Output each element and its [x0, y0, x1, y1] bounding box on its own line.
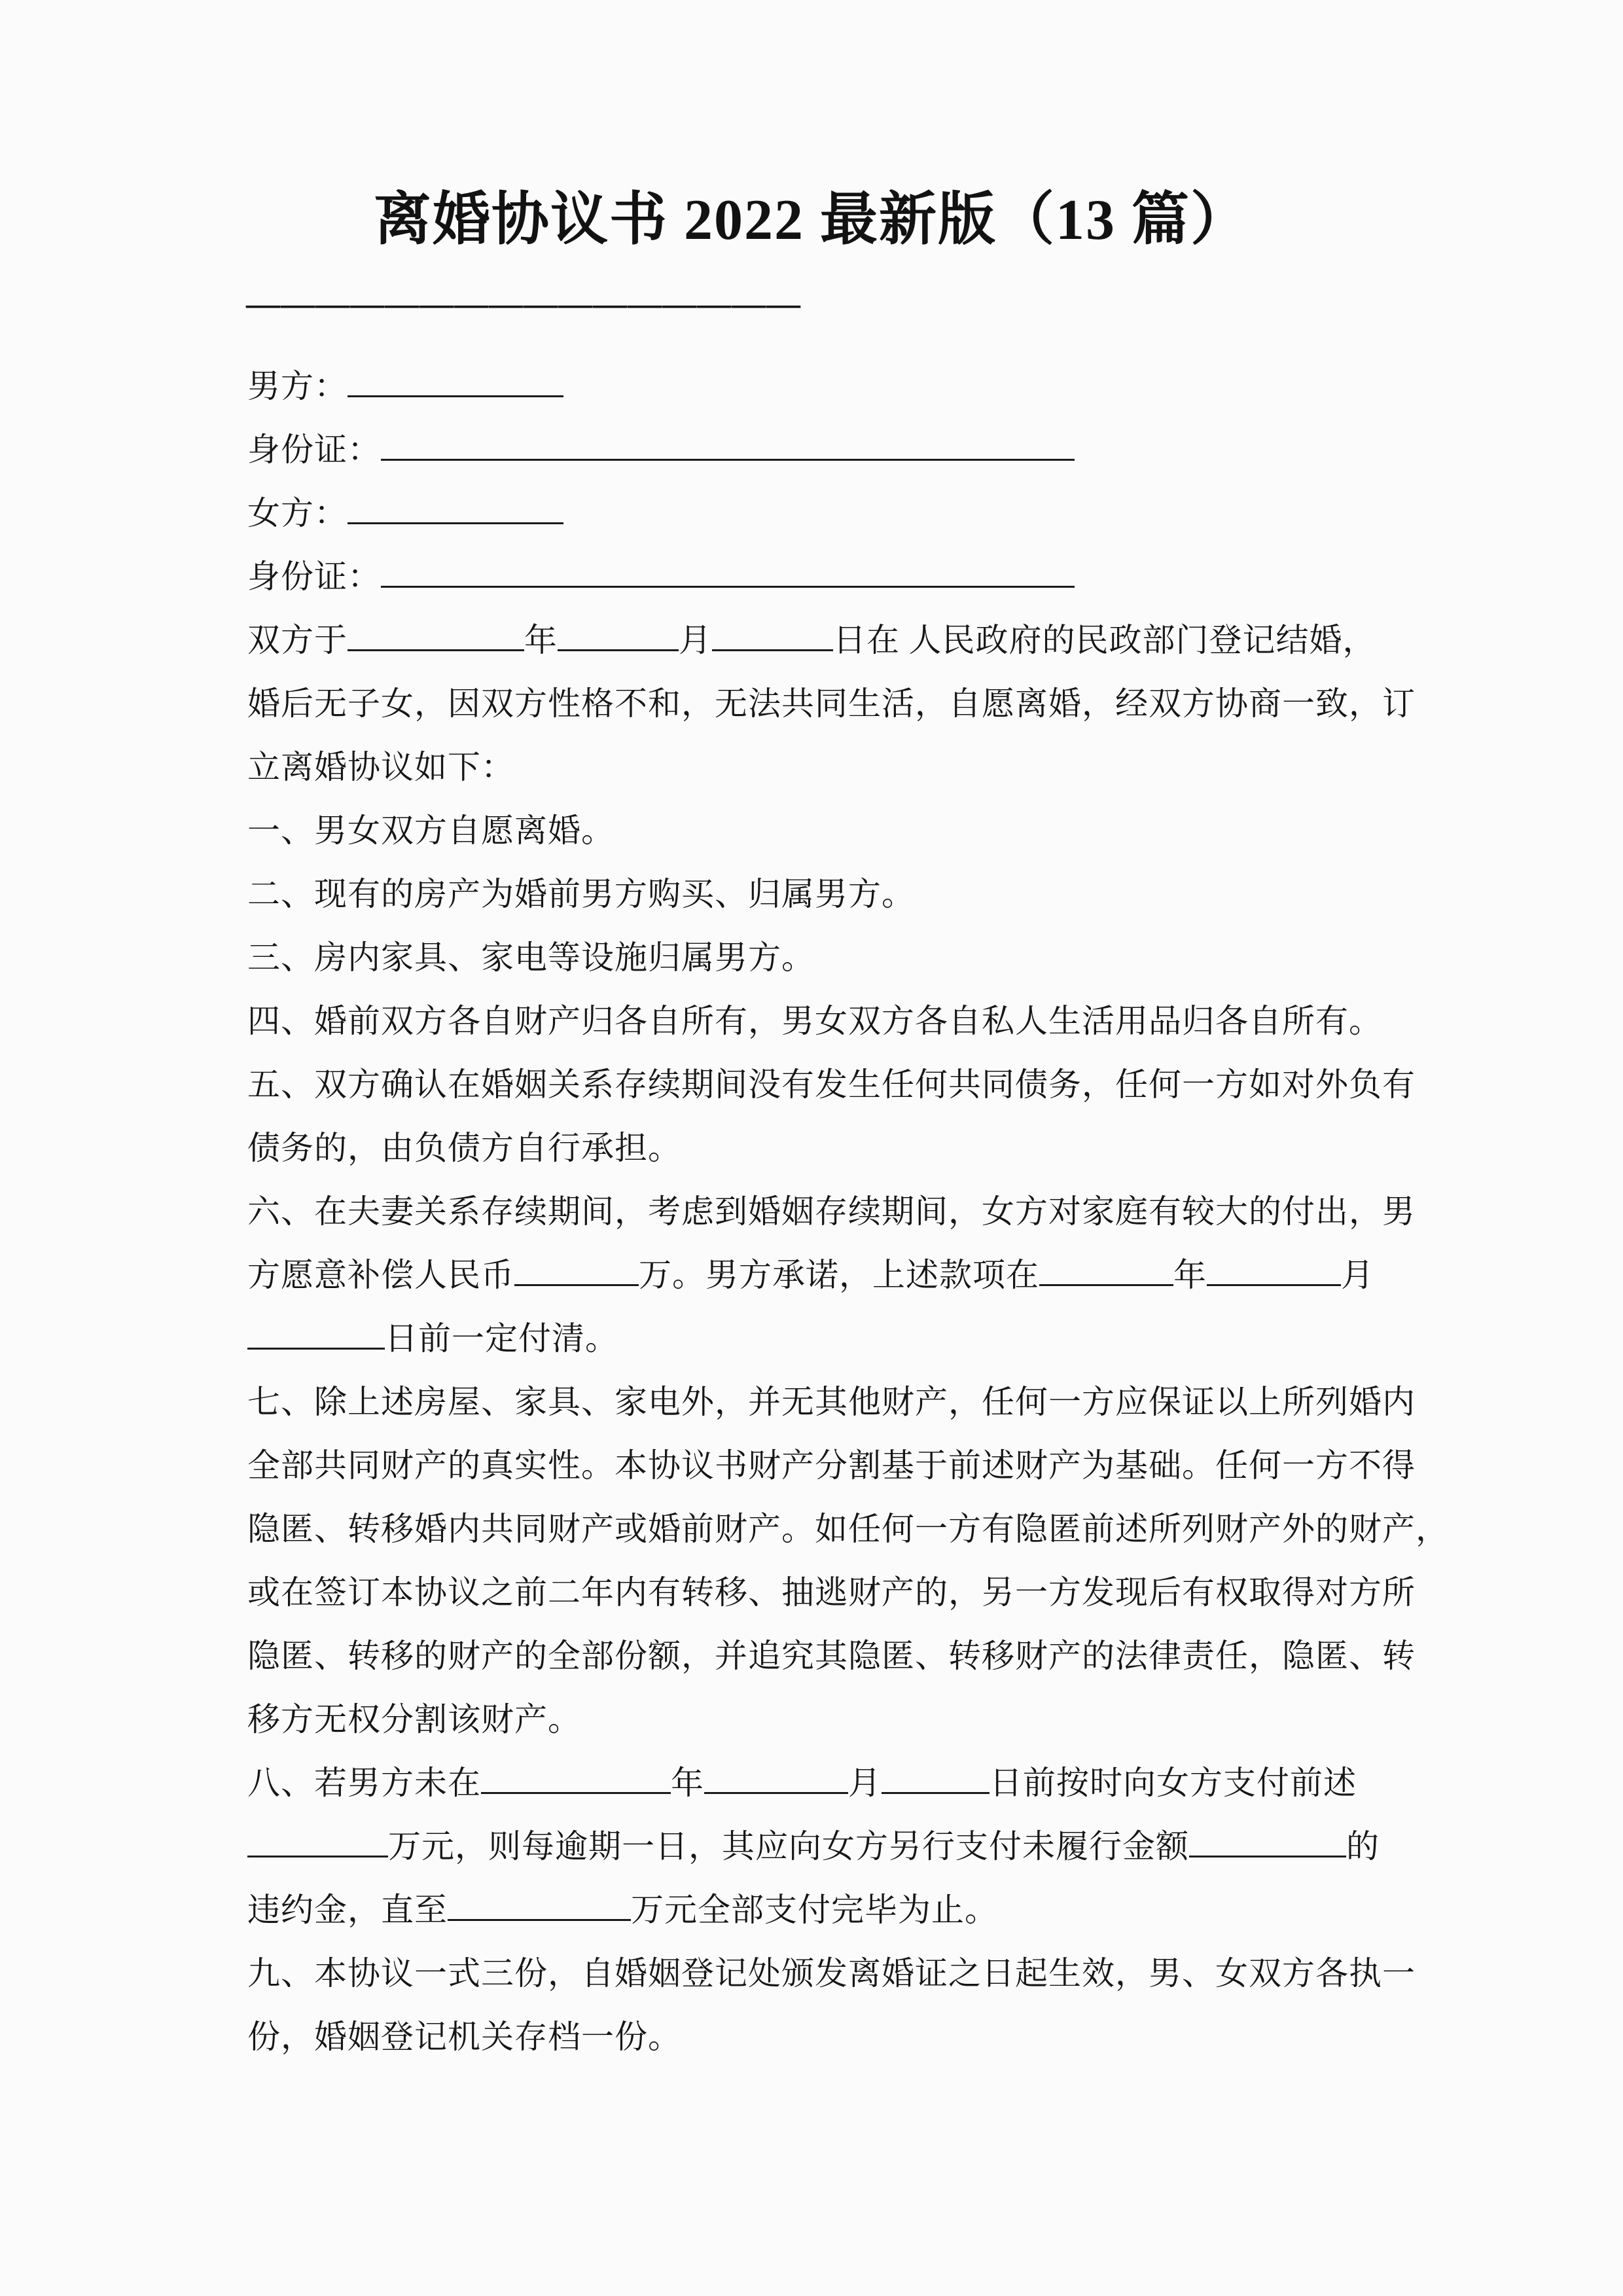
text-line: 女方：: [247, 482, 1407, 545]
text-line: 二、现有的房产为婚前男方购买、归属男方。: [247, 863, 1407, 926]
document-body: 男方：身份证：女方：身份证：双方于年月日在 人民政府的民政部门登记结婚，婚后无子…: [247, 355, 1407, 2069]
text-line: 九、本协议一式三份，自婚姻登记处颁发离婚证之日起生效，男、女双方各执一: [247, 1942, 1407, 2005]
text-run: 隐匿、转移的财产的全部份额，并追究其隐匿、转移财产的法律责任，隐匿、转: [247, 1638, 1416, 1674]
text-run: 违约金，直至: [247, 1892, 448, 1928]
text-run: 月: [848, 1765, 882, 1801]
blank-field: [247, 1823, 388, 1857]
blank-field: [712, 617, 833, 651]
text-line: 身份证：: [247, 418, 1407, 482]
text-run: 四、婚前双方各自财产归各自所有，男女双方各自私人生活用品归各自所有。: [247, 1003, 1382, 1039]
text-line: 三、房内家具、家电等设施归属男方。: [247, 926, 1407, 990]
blank-field: [448, 1886, 631, 1921]
text-run: 月: [1341, 1257, 1374, 1293]
text-line: 四、婚前双方各自财产归各自所有，男女双方各自私人生活用品归各自所有。: [247, 990, 1407, 1053]
blank-field: [514, 1251, 639, 1286]
blank-field: [348, 363, 563, 397]
text-run: 一、男女双方自愿离婚。: [247, 812, 615, 849]
text-line: 日前一定付清。: [247, 1307, 1407, 1371]
text-run: 万。男方承诺，上述款项在: [639, 1257, 1039, 1293]
text-run: 婚后无子女，因双方性格不和，无法共同生活，自愿离婚，经双方协商一致，订: [247, 685, 1416, 722]
blank-field: [381, 553, 1075, 588]
blank-field: [247, 1315, 385, 1350]
blank-field: [1207, 1251, 1341, 1286]
text-line: 移方无权分割该财产。: [247, 1688, 1407, 1751]
text-run: 双方于: [247, 622, 348, 658]
blank-field: [381, 426, 1075, 461]
text-line: 五、双方确认在婚姻关系存续期间没有发生任何共同债务，任何一方如对外负有: [247, 1053, 1407, 1117]
text-line: 债务的，由负债方自行承担。: [247, 1117, 1407, 1180]
title-divider-dashes: ————————————————: [246, 284, 1623, 325]
text-run: 隐匿、转移婚内共同财产或婚前财产。如任何一方有隐匿前述所列财产外的财产，: [247, 1511, 1449, 1547]
text-run: 七、除上述房屋、家具、家电外，并无其他财产，任何一方应保证以上所列婚内: [247, 1384, 1416, 1420]
text-run: 的: [1346, 1828, 1380, 1865]
text-run: 或在签订本协议之前二年内有转移、抽逃财产的，另一方发现后有权取得对方所: [247, 1574, 1416, 1611]
text-line: 全部共同财产的真实性。本协议书财产分割基于前述财产为基础。任何一方不得: [247, 1434, 1407, 1498]
text-run: 身份证：: [247, 558, 381, 595]
text-line: 一、男女双方自愿离婚。: [247, 799, 1407, 863]
text-line: 身份证：: [247, 545, 1407, 609]
blank-field: [348, 617, 524, 651]
blank-field: [882, 1759, 990, 1794]
text-run: 二、现有的房产为婚前男方购买、归属男方。: [247, 876, 915, 912]
text-line: 七、除上述房屋、家具、家电外，并无其他财产，任何一方应保证以上所列婚内: [247, 1371, 1407, 1434]
text-run: 日前一定付清。: [385, 1320, 618, 1357]
text-run: 身份证：: [247, 431, 381, 468]
text-line: 婚后无子女，因双方性格不和，无法共同生活，自愿离婚，经双方协商一致，订: [247, 672, 1407, 736]
text-run: 万元，则每逾期一日，其应向女方另行支付未履行金额: [388, 1828, 1189, 1865]
text-line: 违约金，直至万元全部支付完毕为止。: [247, 1878, 1407, 1942]
text-run: 日在 人民政府的民政部门登记结婚，: [833, 622, 1376, 658]
blank-field: [558, 617, 679, 651]
text-run: 债务的，由负债方自行承担。: [247, 1130, 681, 1166]
text-run: 移方无权分割该财产。: [247, 1701, 581, 1738]
text-line: 六、在夫妻关系存续期间，考虑到婚姻存续期间，女方对家庭有较大的付出，男: [247, 1180, 1407, 1244]
text-run: 九、本协议一式三份，自婚姻登记处颁发离婚证之日起生效，男、女双方各执一: [247, 1955, 1416, 1992]
text-run: 立离婚协议如下：: [247, 749, 514, 785]
document-page: 离婚协议书 2022 最新版（13 篇） ———————————————— 男方…: [0, 0, 1623, 2296]
text-line: 方愿意补偿人民币万。男方承诺，上述款项在年月: [247, 1244, 1407, 1307]
text-line: 双方于年月日在 人民政府的民政部门登记结婚，: [247, 609, 1407, 672]
text-run: 五、双方确认在婚姻关系存续期间没有发生任何共同债务，任何一方如对外负有: [247, 1066, 1416, 1103]
blank-field: [1189, 1823, 1346, 1857]
text-run: 男方：: [247, 368, 348, 404]
blank-field: [481, 1759, 671, 1794]
text-run: 日前按时向女方支付前述: [990, 1765, 1357, 1801]
text-run: 年: [671, 1765, 704, 1801]
text-run: 年: [524, 622, 558, 658]
text-run: 方愿意补偿人民币: [247, 1257, 514, 1293]
text-run: 女方：: [247, 495, 348, 531]
text-line: 隐匿、转移的财产的全部份额，并追究其隐匿、转移财产的法律责任，隐匿、转: [247, 1624, 1407, 1688]
text-run: 六、在夫妻关系存续期间，考虑到婚姻存续期间，女方对家庭有较大的付出，男: [247, 1193, 1416, 1230]
text-line: 份，婚姻登记机关存档一份。: [247, 2005, 1407, 2069]
text-run: 万元全部支付完毕为止。: [631, 1892, 998, 1928]
text-run: 全部共同财产的真实性。本协议书财产分割基于前述财产为基础。任何一方不得: [247, 1447, 1416, 1484]
text-line: 或在签订本协议之前二年内有转移、抽逃财产的，另一方发现后有权取得对方所: [247, 1561, 1407, 1624]
text-run: 月: [679, 622, 712, 658]
blank-field: [348, 490, 563, 524]
blank-field: [1039, 1251, 1173, 1286]
text-line: 隐匿、转移婚内共同财产或婚前财产。如任何一方有隐匿前述所列财产外的财产，: [247, 1498, 1407, 1561]
text-run: 八、若男方未在: [247, 1765, 481, 1801]
page-title: 离婚协议书 2022 最新版（13 篇）: [0, 0, 1623, 259]
text-line: 八、若男方未在年月日前按时向女方支付前述: [247, 1751, 1407, 1815]
text-line: 万元，则每逾期一日，其应向女方另行支付未履行金额的: [247, 1815, 1407, 1878]
text-run: 份，婚姻登记机关存档一份。: [247, 2018, 681, 2055]
text-run: 年: [1173, 1257, 1207, 1293]
text-line: 男方：: [247, 355, 1407, 418]
text-run: 三、房内家具、家电等设施归属男方。: [247, 939, 815, 976]
blank-field: [704, 1759, 848, 1794]
text-line: 立离婚协议如下：: [247, 736, 1407, 799]
